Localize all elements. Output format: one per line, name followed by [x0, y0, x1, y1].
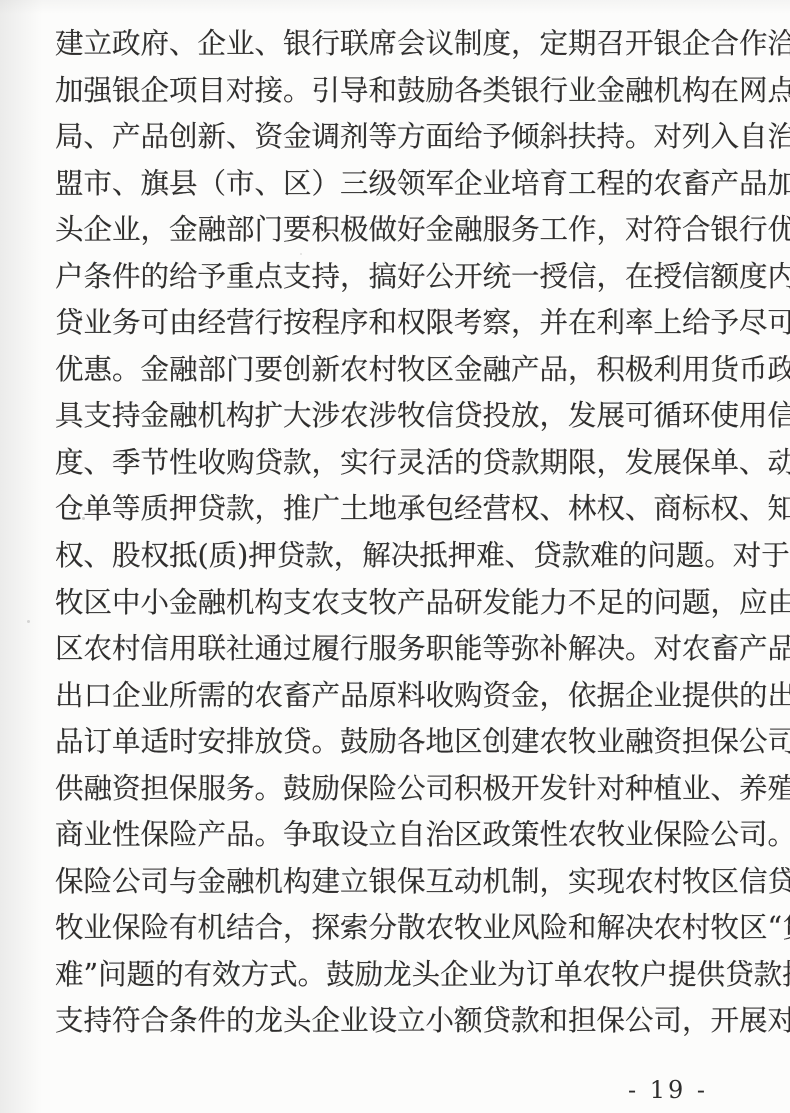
text-line: 难”问题的有效方式。鼓励龙头企业为订单农牧户提供贷款担保。 — [55, 952, 757, 999]
text-line: 商业性保险产品。争取设立自治区政策性农牧业保险公司。鼓励 — [55, 812, 757, 859]
text-line: 建立政府、企业、银行联席会议制度，定期召开银企合作洽谈会， — [55, 21, 757, 68]
text-line: 保险公司与金融机构建立银保互动机制，实现农村牧区信贷和农 — [55, 859, 757, 906]
text-line: 牧业保险有机结合，探索分散农牧业风险和解决农村牧区“贷款 — [55, 905, 757, 952]
text-line: 优惠。金融部门要创新农村牧区金融产品，积极利用货币政策工 — [55, 347, 757, 394]
scan-speck — [27, 620, 30, 623]
text-line: 局、产品创新、资金调剂等方面给予倾斜扶持。对列入自治区、 — [55, 114, 757, 161]
text-line: 牧区中小金融机构支农支牧产品研发能力不足的问题，应由自治 — [55, 580, 757, 627]
text-line: 头企业，金融部门要积极做好金融服务工作，对符合银行优良客 — [55, 207, 757, 254]
text-line: 具支持金融机构扩大涉农涉牧信贷投放，发展可循环使用信用额 — [55, 393, 757, 440]
text-line: 供融资担保服务。鼓励保险公司积极开发针对种植业、养殖业的 — [55, 766, 757, 813]
document-body-text: 建立政府、企业、银行联席会议制度，定期召开银企合作洽谈会， 加强银企项目对接。引… — [55, 21, 757, 1045]
scan-shadow-left-edge — [0, 0, 42, 1113]
text-line: 区农村信用联社通过履行服务职能等弥补解决。对农畜产品加工 — [55, 626, 757, 673]
text-line: 加强银企项目对接。引导和鼓励各类银行业金融机构在网点布 — [55, 68, 757, 115]
text-line: 贷业务可由经营行按程序和权限考察，并在利率上给予尽可能的 — [55, 300, 757, 347]
text-line: 出口企业所需的农畜产品原料收购资金，依据企业提供的出口产 — [55, 673, 757, 720]
text-line: 支持符合条件的龙头企业设立小额贷款和担保公司，开展对农牧 — [55, 998, 757, 1045]
page-number: - 19 - — [628, 1076, 708, 1104]
text-line: 度、季节性收购贷款，实行灵活的贷款期限，发展保单、动产、 — [55, 440, 757, 487]
text-line: 仓单等质押贷款，推广土地承包经营权、林权、商标权、知识产 — [55, 486, 757, 533]
text-line: 权、股权抵(质)押贷款，解决抵押难、贷款难的问题。对于农村 — [55, 533, 757, 580]
text-line: 盟市、旗县（市、区）三级领军企业培育工程的农畜产品加工龙 — [55, 161, 757, 208]
text-line: 品订单适时安排放贷。鼓励各地区创建农牧业融资担保公司，提 — [55, 719, 757, 766]
text-line: 户条件的给予重点支持，搞好公开统一授信，在授信额度内的信 — [55, 254, 757, 301]
scan-shadow-top-edge — [0, 0, 790, 14]
